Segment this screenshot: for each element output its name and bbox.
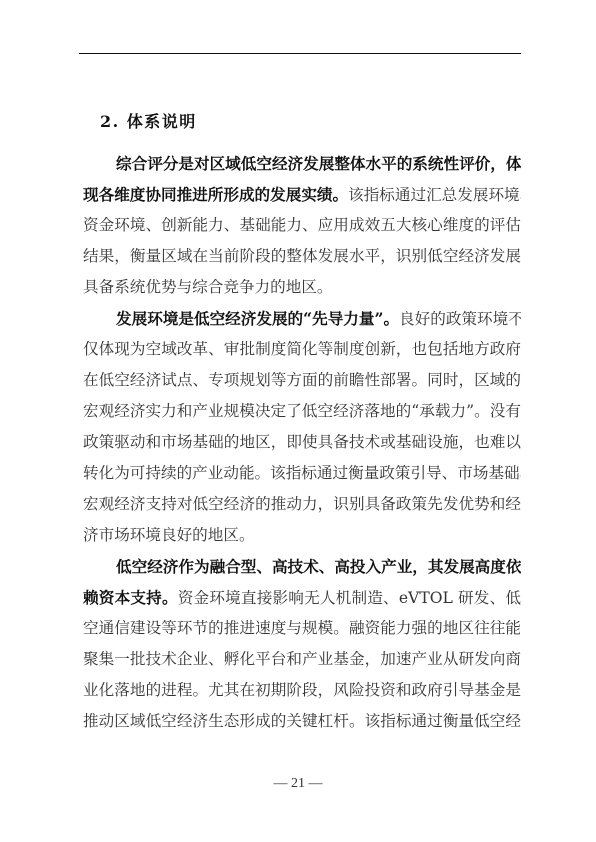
paragraph-2-line-3: 在低空经济试点、专项规划等方面的前瞻性部署。同时，区域的 [83, 365, 521, 396]
normal-text: 结果，衡量区域在当前阶段的整体发展水平，识别低空经济发展 [83, 247, 521, 265]
bold-text: 低空经济作为融合型、高技术、高投入产业，其发展高度依 [116, 557, 521, 576]
section-heading: 2. 体系说明 [100, 111, 197, 133]
normal-text: 业化落地的进程。尤其在初期阶段，风险投资和政府引导基金是 [83, 681, 521, 699]
normal-text: 济市场环境良好的地区。 [83, 526, 255, 544]
bold-text: 赖资本支持。 [83, 588, 178, 607]
paragraph-2-line-8: 济市场环境良好的地区。 [83, 520, 521, 551]
normal-text: 资金环境、创新能力、基础能力、应用成效五大核心维度的评估 [83, 216, 521, 234]
paragraph-2-line-7: 宏观经济支持对低空经济的推动力，识别具备政策先发优势和经 [83, 489, 521, 520]
paragraph-3-line-3: 空通信建设等环节的推进速度与规模。融资能力强的地区往往能 [83, 613, 521, 644]
bold-text: 综合评分是对区域低空经济发展整体水平的系统性评价，体 [116, 154, 521, 173]
normal-text: 推动区域低空经济生态形成的关键杠杆。该指标通过衡量低空经 [83, 712, 521, 730]
normal-text: 政策驱动和市场基础的地区，即使具备技术或基础设施，也难以 [83, 433, 521, 451]
header-rule [79, 53, 521, 54]
normal-text: 仅体现为空域改革、审批制度简化等制度创新，也包括地方政府 [83, 340, 521, 358]
normal-text: 宏观经济支持对低空经济的推动力，识别具备政策先发优势和经 [83, 495, 521, 513]
paragraph-2-line-6: 转化为可持续的产业动能。该指标通过衡量政策引导、市场基础、 [83, 458, 521, 489]
paragraph-2-line-4: 宏观经济实力和产业规模决定了低空经济落地的“承载力”。没有 [83, 396, 521, 427]
normal-text: 转化为可持续的产业动能。该指标通过衡量政策引导、市场基础、 [83, 464, 521, 482]
normal-text: 该指标通过汇总发展环境、 [348, 186, 521, 204]
paragraph-2-line-1: 发展环境是低空经济发展的“先导力量”。良好的政策环境不 [83, 303, 521, 334]
paragraph-1-line-1: 综合评分是对区域低空经济发展整体水平的系统性评价，体 [83, 148, 521, 179]
normal-text: 良好的政策环境不 [399, 310, 521, 328]
normal-text: 在低空经济试点、专项规划等方面的前瞻性部署。同时，区域的 [83, 371, 521, 389]
paragraph-2-line-5: 政策驱动和市场基础的地区，即使具备技术或基础设施，也难以 [83, 427, 521, 458]
paragraph-2-line-2: 仅体现为空域改革、审批制度简化等制度创新，也包括地方政府 [83, 334, 521, 365]
normal-text: 具备系统优势与综合竞争力的地区。 [83, 278, 333, 296]
paragraph-3-line-2: 赖资本支持。资金环境直接影响无人机制造、eVTOL 研发、低 [83, 582, 521, 613]
normal-text: 资金环境直接影响无人机制造、eVTOL 研发、低 [178, 589, 521, 607]
paragraph-1-line-2: 现各维度协同推进所形成的发展实绩。该指标通过汇总发展环境、 [83, 179, 521, 210]
bold-text: 现各维度协同推进所形成的发展实绩。 [83, 185, 348, 204]
paragraph-3-line-1: 低空经济作为融合型、高技术、高投入产业，其发展高度依 [83, 551, 521, 582]
paragraph-3-line-4: 聚集一批技术企业、孵化平台和产业基金，加速产业从研发向商 [83, 644, 521, 675]
paragraph-1-line-3: 资金环境、创新能力、基础能力、应用成效五大核心维度的评估 [83, 210, 521, 241]
normal-text: 聚集一批技术企业、孵化平台和产业基金，加速产业从研发向商 [83, 650, 521, 668]
normal-text: 空通信建设等环节的推进速度与规模。融资能力强的地区往往能 [83, 619, 521, 637]
bold-text: 发展环境是低空经济发展的“先导力量”。 [116, 309, 399, 328]
normal-text: 宏观经济实力和产业规模决定了低空经济落地的“承载力”。没有 [83, 402, 521, 420]
paragraph-3-line-6: 推动区域低空经济生态形成的关键杠杆。该指标通过衡量低空经 [83, 706, 521, 737]
paragraph-1-line-4: 结果，衡量区域在当前阶段的整体发展水平，识别低空经济发展 [83, 241, 521, 272]
paragraph-1-line-5: 具备系统优势与综合竞争力的地区。 [83, 272, 521, 303]
body-text: 综合评分是对区域低空经济发展整体水平的系统性评价，体 现各维度协同推进所形成的发… [83, 148, 521, 737]
paragraph-3-line-5: 业化落地的进程。尤其在初期阶段，风险投资和政府引导基金是 [83, 675, 521, 706]
page-number: — 21 — [0, 774, 596, 794]
